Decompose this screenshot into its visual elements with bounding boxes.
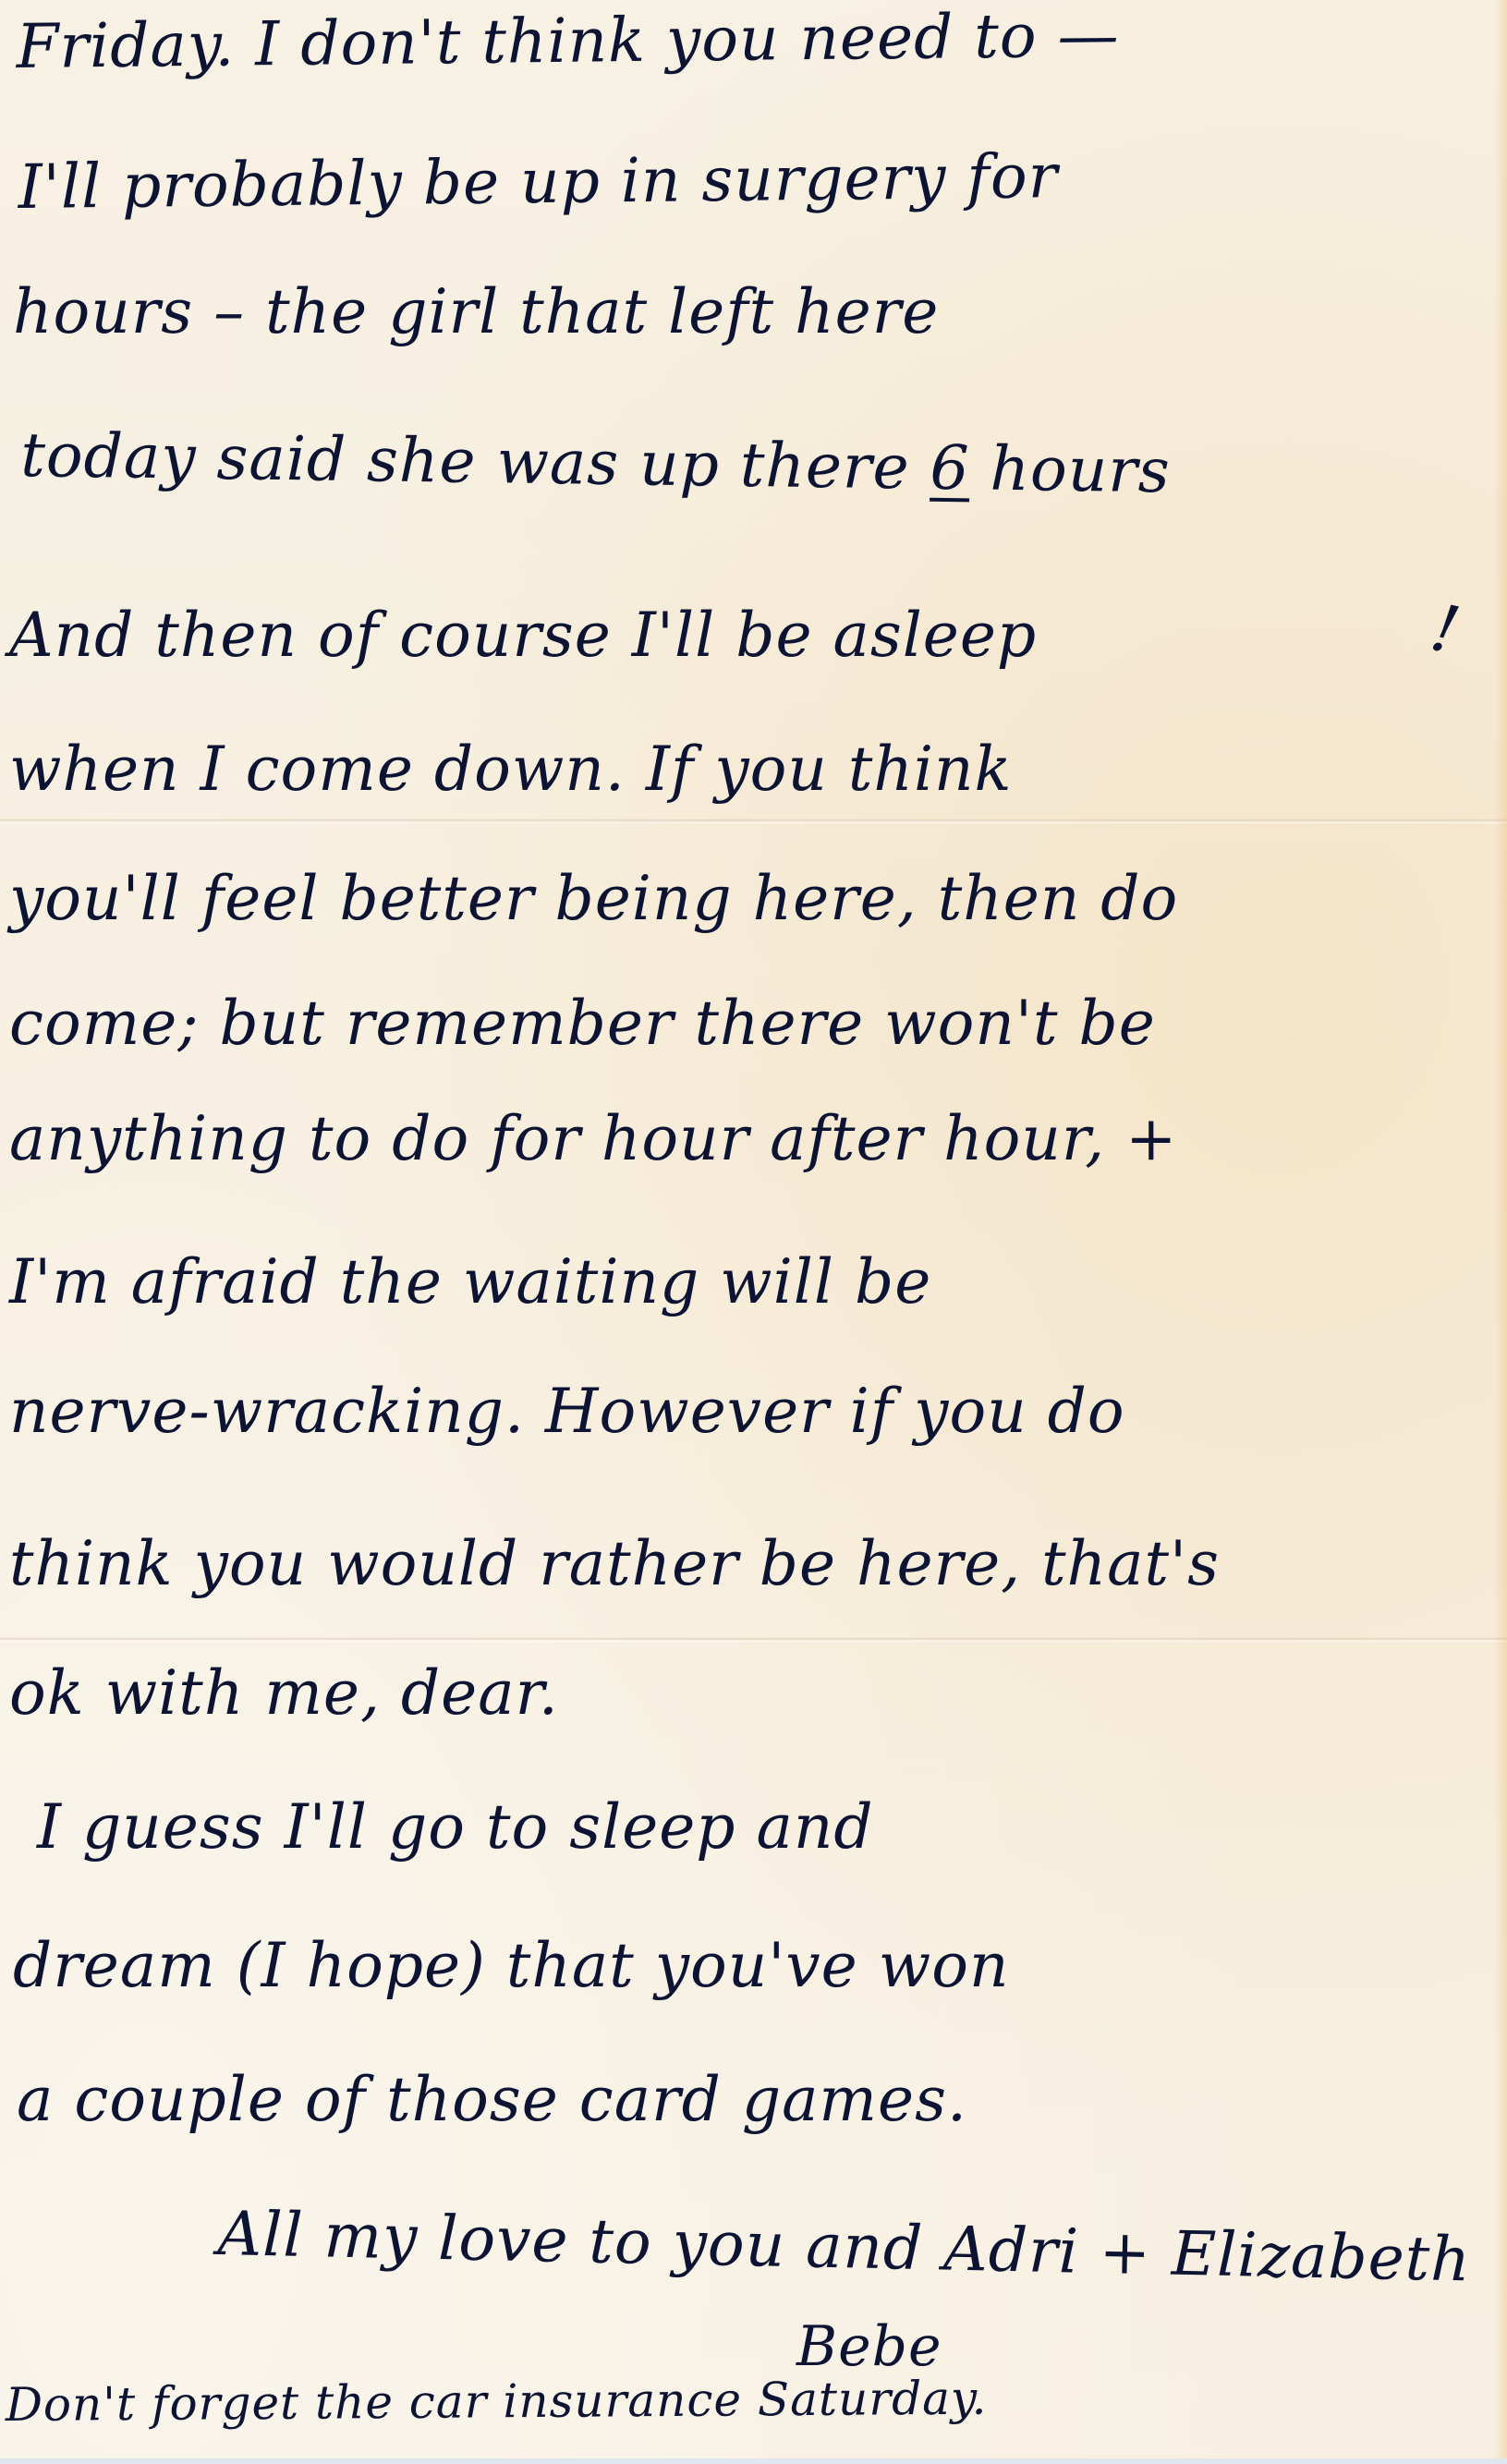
letter-line: hours – the girl that left here xyxy=(13,282,939,343)
letter-line: you'll feel better being here, then do xyxy=(9,868,1178,929)
margin-exclamation: ! xyxy=(1425,589,1466,669)
letter-page: Friday. I don't think you need to — I'll… xyxy=(0,0,1507,2464)
underlined-emphasis: 6 xyxy=(930,432,970,504)
letter-line: anything to do for hour after hour, + xyxy=(9,1109,1177,1170)
letter-line: when I come down. If you think xyxy=(9,739,1012,800)
letter-line: I guess I'll go to sleep and xyxy=(37,1797,874,1858)
signature: Bebe xyxy=(796,2319,942,2374)
letter-line: I'm afraid the waiting will be xyxy=(9,1252,931,1313)
letter-line: think you would rather be here, that's xyxy=(9,1534,1220,1595)
letter-line: come; but remember there won't be xyxy=(9,993,1156,1054)
letter-line: I'll probably be up in surgery for xyxy=(18,146,1058,218)
letter-line-text: hours xyxy=(969,432,1171,506)
paper-fold-line xyxy=(0,1637,1507,1643)
letter-line-text: today said she was up there xyxy=(20,419,930,504)
scan-bottom-edge xyxy=(0,2458,1507,2464)
paper-fold-line xyxy=(0,819,1507,824)
letter-line: today said she was up there 6 hours xyxy=(20,425,1171,502)
closing-salutation: All my love to you and Adri + Elizabeth xyxy=(217,2203,1471,2290)
letter-line: ok with me, dear. xyxy=(9,1663,559,1724)
letter-line: nerve-wracking. However if you do xyxy=(9,1381,1125,1442)
letter-line: And then of course I'll be asleep xyxy=(9,605,1037,666)
letter-line: a couple of those card games. xyxy=(17,2070,967,2130)
letter-line: dream (I hope) that you've won xyxy=(13,1936,1009,1997)
paper-edge-stain xyxy=(1494,0,1507,2464)
letter-line: Friday. I don't think you need to — xyxy=(16,6,1120,78)
postscript: Don't forget the car insurance Saturday. xyxy=(6,2375,988,2428)
